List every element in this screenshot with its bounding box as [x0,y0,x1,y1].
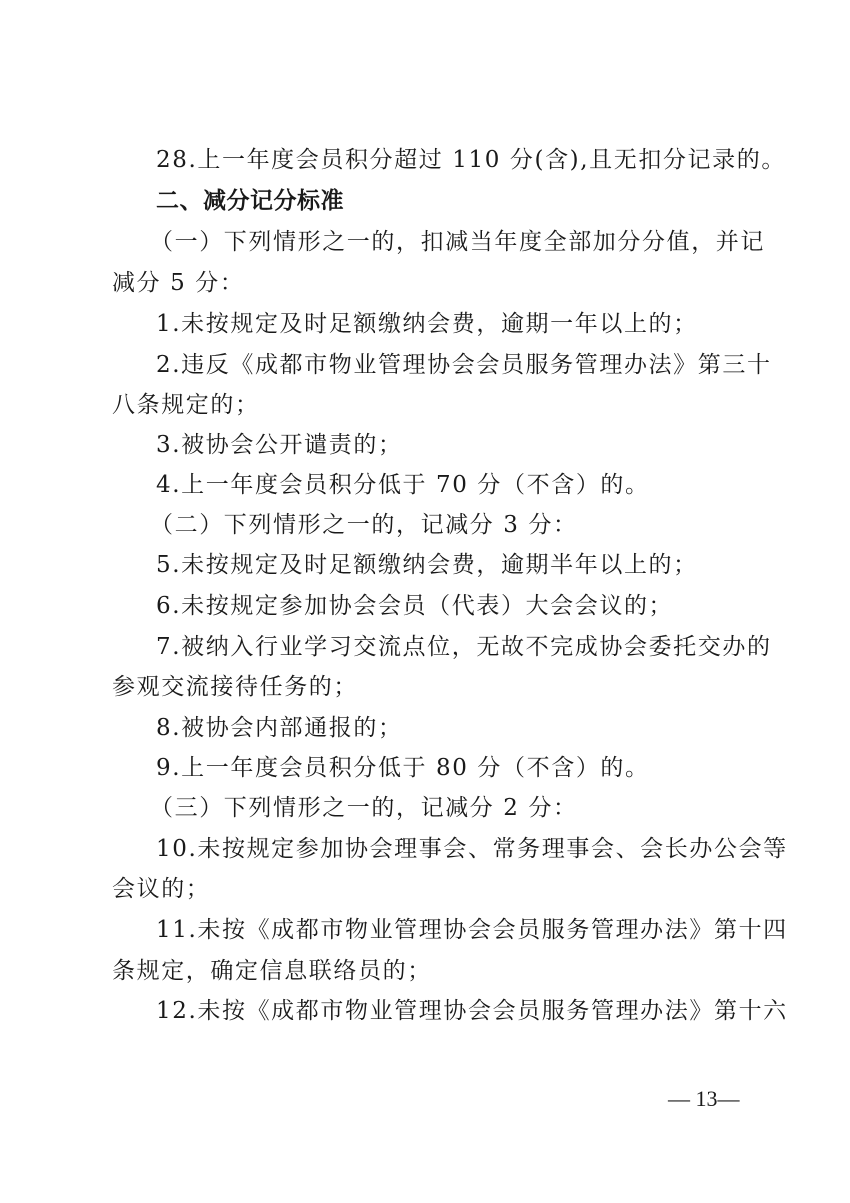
item-28-line: 28.上一年度会员积分超过 110 分(含),且无扣分记录的。 [156,145,796,175]
section-heading-deduction-standards: 二、减分记分标准 [156,186,796,216]
item-7-line-2: 参观交流接待任务的； [112,672,752,702]
item-10-line-1: 10.未按规定参加协会理事会、常务理事会、会长办公会等 [156,834,796,864]
subheading-1-line-2: 减分 5 分： [112,268,752,298]
item-2-line-1: 2.违反《成都市物业管理协会会员服务管理办法》第三十 [156,350,796,380]
subheading-2-line: （二）下列情形之一的，记减分 3 分： [150,510,790,540]
item-3-line: 3.被协会公开谴责的； [156,430,796,460]
item-4-line: 4.上一年度会员积分低于 70 分（不含）的。 [156,470,796,500]
item-10-line-2: 会议的； [112,874,752,904]
page-number: — 13— [668,1084,740,1114]
item-5-line: 5.未按规定及时足额缴纳会费，逾期半年以上的； [156,550,796,580]
item-6-line: 6.未按规定参加协会会员（代表）大会会议的； [156,591,796,621]
subheading-1-line-1: （一）下列情形之一的，扣减当年度全部加分分值，并记 [150,227,790,257]
subheading-3-line: （三）下列情形之一的，记减分 2 分： [150,793,790,823]
item-12-line-1: 12.未按《成都市物业管理协会会员服务管理办法》第十六 [156,996,796,1026]
item-11-line-2: 条规定，确定信息联络员的； [112,956,752,986]
item-11-line-1: 11.未按《成都市物业管理协会会员服务管理办法》第十四 [156,915,796,945]
item-1-line: 1.未按规定及时足额缴纳会费，逾期一年以上的； [156,309,796,339]
item-9-line: 9.上一年度会员积分低于 80 分（不含）的。 [156,753,796,783]
item-7-line-1: 7.被纳入行业学习交流点位，无故不完成协会委托交办的 [156,632,796,662]
document-page: 28.上一年度会员积分超过 110 分(含),且无扣分记录的。 二、减分记分标准… [0,0,850,1203]
item-2-line-2: 八条规定的； [112,390,752,420]
item-8-line: 8.被协会内部通报的； [156,713,796,743]
